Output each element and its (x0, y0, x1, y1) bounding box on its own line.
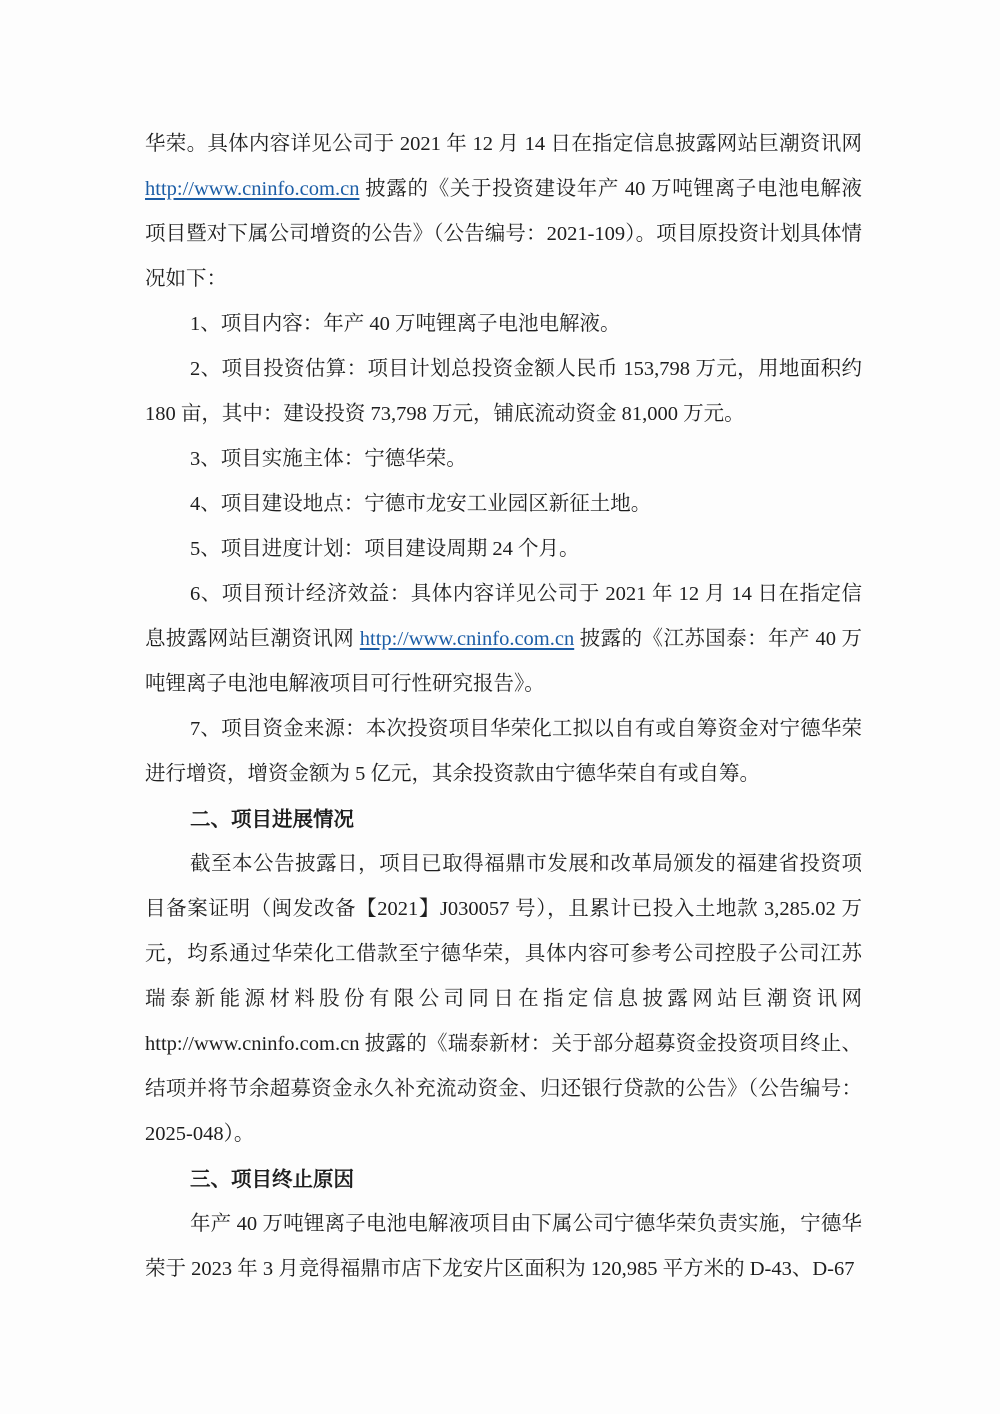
text-run: 华荣。具体内容详见公司于 2021 年 12 月 14 日在指定信息披露网站巨潮… (145, 133, 862, 155)
item-7-funding-source: 7、项目资金来源：本次投资项目华荣化工拟以自有或自筹资金对宁德华荣进行增资，增资… (145, 707, 862, 797)
item-3-implementation-entity: 3、项目实施主体：宁德华荣。 (145, 437, 862, 482)
item-6-expected-benefit: 6、项目预计经济效益：具体内容详见公司于 2021 年 12 月 14 日在指定… (145, 572, 862, 707)
text-run: 3、项目实施主体：宁德华荣。 (190, 448, 467, 470)
text-run: 年产 40 万吨锂离子电池电解液项目由下属公司宁德华荣负责实施，宁德华荣于 20… (145, 1213, 862, 1280)
cninfo-link[interactable]: http://www.cninfo.com.cn (360, 628, 574, 650)
section-heading-progress: 二、项目进展情况 (145, 797, 862, 842)
document-page: 华荣。具体内容详见公司于 2021 年 12 月 14 日在指定信息披露网站巨潮… (0, 0, 1000, 1414)
text-run: 2、项目投资估算：项目计划总投资金额人民币 153,798 万元，用地面积约 1… (145, 358, 862, 425)
document-body: 华荣。具体内容详见公司于 2021 年 12 月 14 日在指定信息披露网站巨潮… (145, 122, 862, 1292)
cninfo-link[interactable]: http://www.cninfo.com.cn (145, 178, 359, 200)
text-run: 截至本公告披露日，项目已取得福鼎市发展和改革局颁发的福建省投资项目备案证明（闽发… (145, 853, 862, 1145)
item-2-investment-estimate: 2、项目投资估算：项目计划总投资金额人民币 153,798 万元，用地面积约 1… (145, 347, 862, 437)
continuation-paragraph: 华荣。具体内容详见公司于 2021 年 12 月 14 日在指定信息披露网站巨潮… (145, 122, 862, 302)
text-run: 三、项目终止原因 (190, 1168, 354, 1191)
text-run: 4、项目建设地点：宁德市龙安工业园区新征土地。 (190, 493, 651, 515)
termination-paragraph: 年产 40 万吨锂离子电池电解液项目由下属公司宁德华荣负责实施，宁德华荣于 20… (145, 1202, 862, 1292)
section-heading-termination-reason: 三、项目终止原因 (145, 1157, 862, 1202)
text-run: 1、项目内容：年产 40 万吨锂离子电池电解液。 (190, 313, 621, 335)
progress-paragraph: 截至本公告披露日，项目已取得福鼎市发展和改革局颁发的福建省投资项目备案证明（闽发… (145, 842, 862, 1157)
item-5-schedule-plan: 5、项目进度计划：项目建设周期 24 个月。 (145, 527, 862, 572)
text-run: 5、项目进度计划：项目建设周期 24 个月。 (190, 538, 580, 560)
text-run: 7、项目资金来源：本次投资项目华荣化工拟以自有或自筹资金对宁德华荣进行增资，增资… (145, 718, 862, 785)
item-1-project-content: 1、项目内容：年产 40 万吨锂离子电池电解液。 (145, 302, 862, 347)
text-run: 二、项目进展情况 (190, 808, 354, 831)
item-4-construction-site: 4、项目建设地点：宁德市龙安工业园区新征土地。 (145, 482, 862, 527)
